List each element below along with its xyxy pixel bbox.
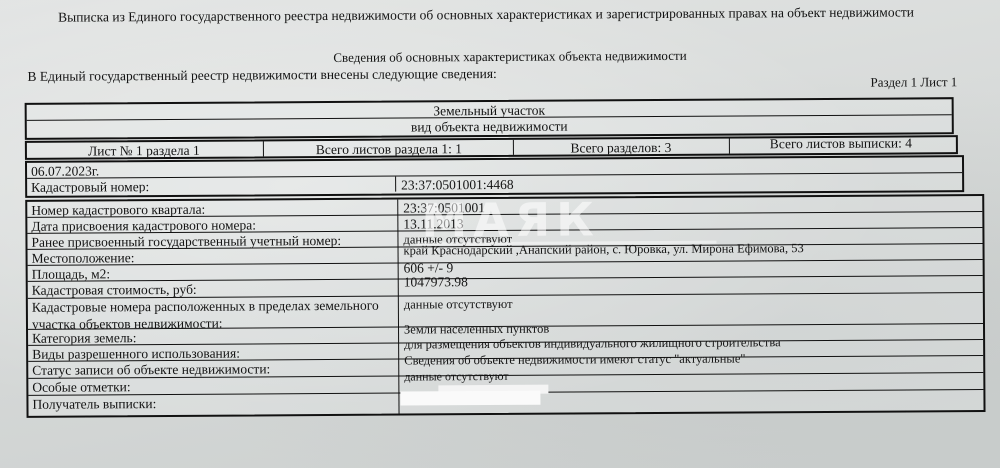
cadastral-number-label: Кадастровый номер: — [27, 177, 391, 194]
field-label: Получатель выписки: — [28, 394, 394, 412]
object-type: Земельный участок — [433, 103, 545, 119]
registry-extract-page: Выписка из Единого государственного реес… — [0, 0, 1000, 468]
field-value: 1047973.98 — [400, 270, 983, 296]
field-label: Статус записи об объекте недвижимости: — [28, 360, 394, 378]
field-label: Номер кадастрового квартала: — [27, 200, 393, 217]
field-label: Дата присвоения кадастрового номера: — [27, 216, 393, 233]
total-sections: Всего разделов: 3 — [515, 139, 727, 155]
total-section-sheets: Всего листов раздела 1: 1 — [265, 140, 513, 157]
intro-text: В Единый государственный реестр недвижим… — [27, 66, 496, 85]
field-label-line1: Кадастровые номера расположенных в преде… — [32, 297, 394, 316]
divider — [263, 141, 264, 156]
redaction-mark — [400, 391, 540, 406]
field-label: Площадь, м2: — [28, 264, 394, 281]
sheet-info-row: Лист № 1 раздела 1 Всего листов раздела … — [27, 137, 956, 158]
total-extract-sheets: Всего листов выписки: 4 — [731, 134, 951, 153]
field-label-line2: участка объектов недвижимости: — [32, 314, 394, 329]
field-label: Особые отметки: — [28, 377, 394, 395]
field-label: Кадастровые номера расположенных в преде… — [28, 297, 394, 329]
field-label: Виды разрешенного использования: — [28, 344, 394, 361]
divider — [513, 140, 514, 155]
date-cadastral-box: 06.07.2023г. Кадастровый номер: 23:37:05… — [25, 155, 964, 198]
field-label: Местоположение: — [28, 248, 394, 265]
cadastral-number-value: 23:37:0501001:4468 — [397, 173, 962, 191]
divider — [395, 177, 396, 192]
field-label: Ранее присвоенный государственный учетны… — [27, 232, 393, 249]
document-title: Выписка из Единого государственного реес… — [58, 4, 914, 25]
section-label: Раздел 1 Лист 1 — [870, 74, 957, 91]
sheet-of-section: Лист № 1 раздела 1 — [27, 141, 261, 157]
document-subtitle: Сведения об основных характеристиках объ… — [333, 48, 686, 66]
divider — [729, 139, 730, 154]
watermark-logo: МАЯК — [421, 192, 600, 247]
object-type-box: Земельный участок вид объекта недвижимос… — [25, 97, 954, 140]
field-label: Кадастровая стоимость, руб: — [28, 280, 394, 298]
field-label: Категория земель: — [28, 328, 394, 345]
object-type-caption: вид объекта недвижимости — [411, 119, 568, 135]
